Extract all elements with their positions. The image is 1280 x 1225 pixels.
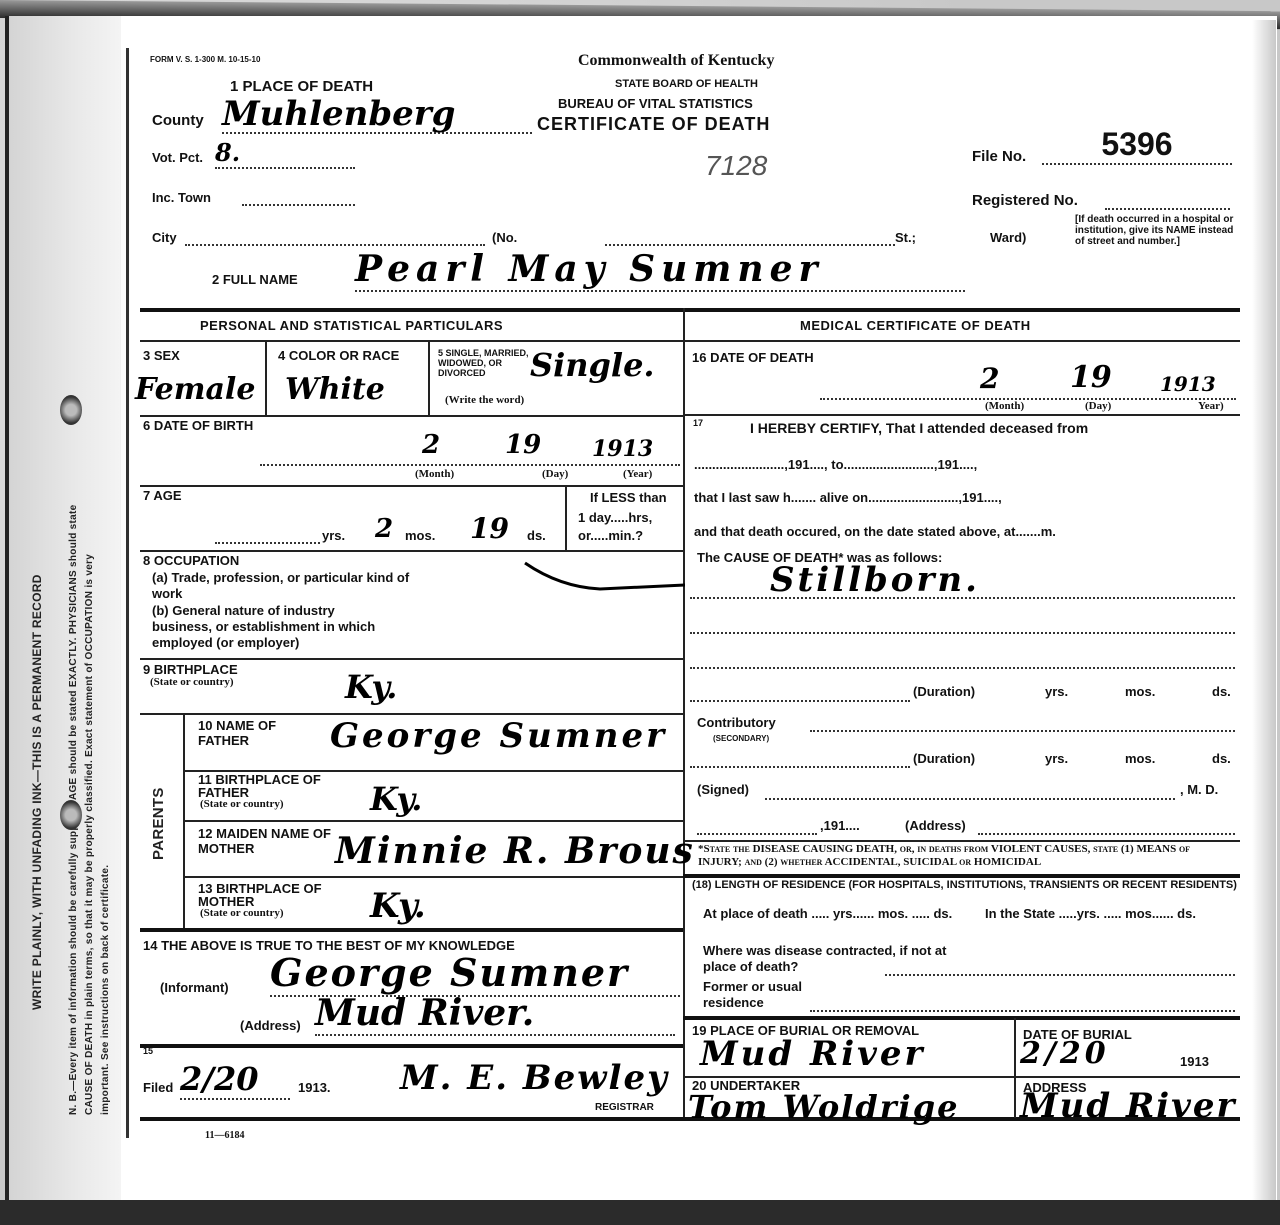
divider: [683, 414, 1240, 416]
form-number: FORM V. S. 1-300 M. 10-15-10: [150, 55, 260, 64]
cause-line-3: [690, 665, 1235, 669]
medical-heading: MEDICAL CERTIFICATE OF DEATH: [800, 318, 1031, 333]
divider: [1014, 1018, 1016, 1118]
age-days-value: 19: [470, 512, 509, 545]
divider: [683, 840, 1240, 842]
informant-label: (Informant): [160, 980, 229, 995]
filed-date: 2/20: [180, 1060, 290, 1100]
hospital-note: [If death occurred in a hospital or inst…: [1075, 214, 1235, 247]
personal-heading: PERSONAL AND STATISTICAL PARTICULARS: [200, 318, 503, 333]
duration-mos: mos.: [1125, 684, 1155, 699]
section-divider: [140, 308, 1240, 312]
duration-yrs: yrs.: [1045, 684, 1068, 699]
age-label: 7 AGE: [143, 488, 182, 503]
divider: [140, 1044, 683, 1048]
dod-field-line: [820, 396, 1236, 400]
less-than-label: If LESS than: [590, 490, 667, 505]
commonwealth-title: Commonwealth of Kentucky: [578, 52, 774, 70]
dod-label: 16 DATE OF DEATH: [692, 350, 814, 365]
place-of-death-heading: 1 PLACE OF DEATH: [230, 78, 373, 95]
dob-day: 19: [505, 430, 541, 460]
physician-address-line: [978, 831, 1235, 835]
file-no-label: File No.: [972, 148, 1026, 165]
father-name-label: 10 NAME OF FATHER: [198, 718, 308, 748]
registrar-label: REGISTRAR: [595, 1102, 654, 1113]
mother-birthplace-value: Ky.: [370, 886, 426, 926]
death-time-line: and that death occured, on the date stat…: [694, 524, 1056, 539]
dod-year-caption: Year): [1198, 400, 1224, 412]
parents-label: PARENTS: [150, 787, 167, 860]
birthplace-value: Ky.: [345, 668, 397, 706]
divider: [140, 340, 683, 342]
form-left-border: [126, 48, 129, 1138]
birthplace-hint: (State or country): [150, 676, 234, 688]
father-name-value: George Sumner: [330, 716, 667, 756]
county-label: County: [152, 112, 204, 129]
vot-pct-label: Vot. Pct.: [152, 150, 203, 165]
duration-mos-2: mos.: [1125, 751, 1155, 766]
year-caption: (Year): [623, 468, 652, 480]
last-seen-line: that I last saw h....... alive on.......…: [694, 490, 1002, 505]
inc-town-label: Inc. Town: [152, 190, 211, 205]
dob-month: 2: [422, 430, 440, 460]
certify-statement: I HEREBY CERTIFY, That I attended deceas…: [750, 420, 1088, 436]
former-residence-line: [810, 1008, 1235, 1012]
age-months-value: 2: [375, 514, 393, 544]
stamp-number: 7128: [705, 150, 767, 182]
divider: [683, 340, 1240, 342]
vot-pct-value: 8.: [215, 138, 355, 169]
occupation-label: 8 OCCUPATION: [143, 553, 239, 568]
duration-yrs-2: yrs.: [1045, 751, 1068, 766]
divider: [683, 874, 1240, 878]
dob-label: 6 DATE OF BIRTH: [143, 418, 253, 433]
city-label: City: [152, 230, 177, 245]
month-caption: (Month): [415, 468, 454, 480]
age-years-field: [215, 540, 320, 544]
day-caption: (Day): [542, 468, 568, 480]
divider: [140, 415, 683, 417]
inc-town-field: [242, 190, 355, 206]
informant-address-value: Mud River.: [315, 992, 675, 1036]
physician-address-label: (Address): [905, 818, 966, 833]
marital-value: Single.: [530, 346, 655, 384]
mother-birthplace-hint: (State or country): [200, 907, 284, 919]
undertaker-address-value: Mud River: [1020, 1086, 1236, 1126]
divider: [140, 713, 683, 715]
mother-name-label: 12 MAIDEN NAME OF MOTHER: [198, 826, 338, 856]
margin-instruction-2: CAUSE OF DEATH in plain terms, so that i…: [84, 554, 95, 1115]
father-birthplace-label: 11 BIRTHPLACE OF FATHER: [198, 773, 348, 799]
divider: [140, 658, 683, 660]
dod-year: 1913: [1160, 372, 1216, 396]
cause-line-1: [690, 595, 1235, 599]
md-label: , M. D.: [1180, 782, 1218, 797]
divider: [265, 340, 267, 415]
age-mos-label: mos.: [405, 528, 435, 543]
occupation-b-label: (b) General nature of industry business,…: [152, 603, 392, 651]
divider: [140, 928, 683, 932]
duration-ds-2: ds.: [1212, 751, 1231, 766]
certificate-title: CERTIFICATE OF DEATH: [537, 114, 770, 135]
street-label: St.;: [895, 230, 916, 245]
file-no-value: 5396: [1042, 126, 1232, 165]
dob-year: 1913: [592, 436, 653, 462]
residence-heading: (18) LENGTH OF RESIDENCE (FOR HOSPITALS,…: [692, 879, 1237, 891]
age-yrs-label: yrs.: [322, 528, 345, 543]
scan-bottom-edge: [0, 1200, 1280, 1225]
county-value: Muhlenberg: [222, 96, 532, 134]
marital-hint: (Write the word): [445, 394, 524, 406]
dod-month-caption: (Month): [985, 400, 1024, 412]
print-code: 11—6184: [205, 1130, 244, 1141]
race-value: White: [285, 372, 385, 407]
filed-label: Filed: [143, 1080, 173, 1095]
board-title: STATE BOARD OF HEALTH: [615, 78, 758, 90]
certify-item-number: 17: [693, 418, 703, 428]
residence-at-place: At place of death ..... yrs...... mos. .…: [703, 906, 983, 922]
dod-day: 19: [1070, 360, 1112, 395]
margin-instruction-3: important. See instructions on back of c…: [100, 865, 111, 1115]
occupation-dash-stroke: [520, 555, 685, 595]
filed-item-number: 15: [143, 1046, 153, 1056]
attended-dates-line: .........................,191...., to...…: [694, 457, 977, 472]
registered-no-field: [1105, 192, 1230, 210]
street-field: [605, 230, 895, 246]
signed-date-year: ,191....: [820, 818, 860, 833]
full-name-value: Pearl May Sumner: [355, 248, 965, 292]
dob-field-line: [260, 462, 680, 466]
less-than-minutes: or.....min.?: [578, 528, 643, 543]
mother-birthplace-label: 13 BIRTHPLACE OF MOTHER: [198, 882, 348, 908]
father-birthplace-value: Ky.: [370, 780, 422, 818]
cause-line-4: [690, 698, 910, 702]
father-birthplace-hint: (State or country): [200, 798, 284, 810]
divider: [140, 550, 683, 552]
dod-day-caption: (Day): [1085, 400, 1111, 412]
divider: [428, 340, 430, 415]
bureau-title: BUREAU OF VITAL STATISTICS: [558, 96, 753, 111]
duration-label-2: (Duration): [913, 751, 975, 766]
contributory-label: Contributory: [697, 715, 776, 730]
secondary-label: (SECONDARY): [713, 734, 769, 743]
contributory-line: [810, 728, 1235, 732]
informant-address-label: (Address): [240, 1018, 301, 1033]
informant-value: George Sumner: [270, 950, 680, 997]
birthplace-label: 9 BIRTHPLACE: [143, 662, 238, 677]
age-ds-label: ds.: [527, 528, 546, 543]
sex-value: Female: [135, 372, 255, 407]
divider: [683, 1016, 1240, 1020]
column-divider: [683, 308, 685, 1118]
full-name-label: 2 FULL NAME: [212, 272, 298, 287]
occupation-a-label: (a) Trade, profession, or particular kin…: [152, 570, 412, 602]
former-residence-label: Former or usual residence: [703, 979, 843, 1011]
burial-date-value: 2/20: [1020, 1036, 1110, 1071]
punch-hole-top: [60, 395, 82, 425]
duration-label: (Duration): [913, 684, 975, 699]
registrar-signature: M. E. Bewley: [400, 1058, 669, 1098]
cause-value: Stillborn.: [770, 560, 980, 600]
signed-date-line: [697, 831, 817, 835]
divider: [140, 485, 683, 487]
dod-month: 2: [980, 362, 999, 395]
contributory-line-2: [690, 764, 910, 768]
city-field: [185, 230, 485, 246]
cause-footnote: *State the DISEASE CAUSING DEATH, or, in…: [698, 843, 1233, 869]
duration-ds: ds.: [1212, 684, 1231, 699]
cause-line-2: [690, 630, 1235, 634]
less-than-hours: 1 day.....hrs,: [578, 510, 652, 525]
ward-label: Ward): [990, 230, 1026, 245]
sex-label: 3 SEX: [143, 348, 180, 363]
disease-contracted-line: [885, 972, 1235, 976]
marital-label: 5 SINGLE, MARRIED, WIDOWED, OR DIVORCED: [438, 348, 530, 378]
signed-line: [765, 796, 1175, 800]
street-no-label: (No.: [492, 230, 517, 245]
burial-year: 1913: [1180, 1054, 1209, 1069]
burial-place-value: Mud River: [700, 1034, 925, 1074]
undertaker-value: Tom Woldrige: [688, 1088, 959, 1126]
registered-no-label: Registered No.: [972, 192, 1078, 209]
punch-hole-bottom: [60, 800, 82, 830]
divider: [183, 876, 683, 878]
divider: [183, 820, 683, 822]
signed-label: (Signed): [697, 782, 749, 797]
disease-contracted-label: Where was disease contracted, if not at …: [703, 943, 963, 975]
margin-warning: WRITE PLAINLY, WITH UNFADING INK—THIS IS…: [30, 574, 44, 1010]
right-scan-edge: [1252, 20, 1276, 1200]
race-label: 4 COLOR OR RACE: [278, 348, 399, 363]
divider: [565, 485, 567, 550]
filed-year: 1913.: [298, 1080, 331, 1095]
residence-in-state: In the State .....yrs. ..... mos...... d…: [985, 906, 1235, 922]
mother-name-value: Minnie R. Brous: [335, 830, 695, 872]
